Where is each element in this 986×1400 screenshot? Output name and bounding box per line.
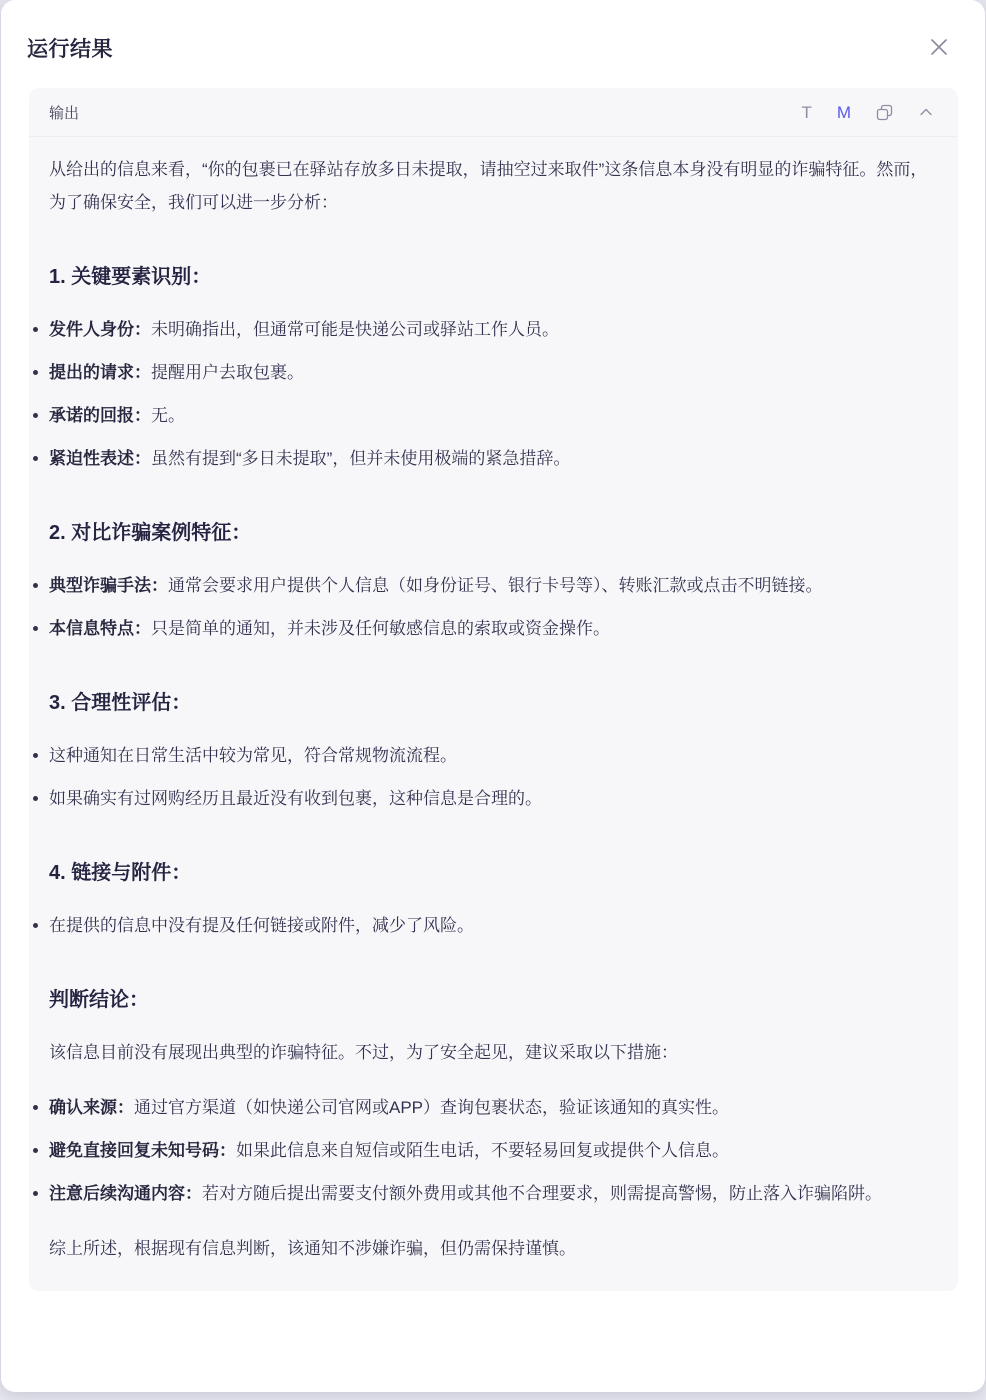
conclusion-heading: 判断结论： [49,986,938,1014]
collapse-icon[interactable] [918,104,934,120]
summary-paragraph: 综上所述，根据现有信息判断，该通知不涉嫌诈骗，但仍需保持谨慎。 [49,1232,938,1265]
list-item: 在提供的信息中没有提及任何链接或附件，减少了风险。 [49,909,938,942]
page-title: 运行结果 [27,33,957,63]
list-item: 如果确实有过网购经历且最近没有收到包裹，这种信息是合理的。 [49,782,938,815]
list-item: 注意后续沟通内容：若对方随后提出需要支付额外费用或其他不合理要求，则需提高警惕，… [49,1177,938,1210]
list-item: 发件人身份：未明确指出，但通常可能是快递公司或驿站工作人员。 [49,313,938,346]
list-item: 紧迫性表述：虽然有提到“多日未提取”，但并未使用极端的紧急措辞。 [49,442,938,475]
bullet-text: 无。 [151,406,185,425]
close-icon[interactable] [926,34,952,60]
list-item: 确认来源：通过官方渠道（如快递公司官网或APP）查询包裹状态，验证该通知的真实性… [49,1091,938,1124]
output-panel: 输出 T M 从给出的信息来看，“你的包裹已在驿站存放多日未提取， [29,88,958,1291]
bullet-label: 典型诈骗手法： [49,576,168,595]
list-item: 典型诈骗手法：通常会要求用户提供个人信息（如身份证号、银行卡号等）、转账汇款或点… [49,569,938,602]
dialog-header: 运行结果 [1,0,985,88]
bullet-label: 发件人身份： [49,320,151,339]
bullet-text: 若对方随后提出需要支付额外费用或其他不合理要求，则需提高警惕，防止落入诈骗陷阱。 [202,1184,882,1203]
bullet-label: 确认来源： [49,1098,134,1117]
intro-paragraph: 从给出的信息来看，“你的包裹已在驿站存放多日未提取，请抽空过来取件”这条信息本身… [49,153,938,219]
bullet-text: 这种通知在日常生活中较为常见，符合常规物流流程。 [49,746,457,765]
list-item: 避免直接回复未知号码：如果此信息来自短信或陌生电话，不要轻易回复或提供个人信息。 [49,1134,938,1167]
bullet-label: 承诺的回报： [49,406,151,425]
section-heading-3: 3. 合理性评估： [49,689,938,717]
copy-icon-glyph [876,104,893,121]
output-panel-actions: T M [801,104,934,121]
bullet-text: 未明确指出，但通常可能是快递公司或驿站工作人员。 [151,320,559,339]
bullet-label: 避免直接回复未知号码： [49,1141,236,1160]
scam-comparison-list: 典型诈骗手法：通常会要求用户提供个人信息（如身份证号、银行卡号等）、转账汇款或点… [49,569,938,645]
section-heading-2: 2. 对比诈骗案例特征： [49,519,938,547]
links-attachments-list: 在提供的信息中没有提及任何链接或附件，减少了风险。 [49,909,938,942]
output-content: 从给出的信息来看，“你的包裹已在驿站存放多日未提取，请抽空过来取件”这条信息本身… [29,137,958,1291]
conclusion-paragraph: 该信息目前没有展现出典型的诈骗特征。不过，为了安全起见，建议采取以下措施： [49,1036,938,1069]
bullet-text: 只是简单的通知，并未涉及任何敏感信息的索取或资金操作。 [151,619,610,638]
bullet-label: 本信息特点： [49,619,151,638]
bullet-label: 提出的请求： [49,363,151,382]
text-mode-button[interactable]: T [801,104,811,121]
list-item: 承诺的回报：无。 [49,399,938,432]
reasonableness-list: 这种通知在日常生活中较为常见，符合常规物流流程。 如果确实有过网购经历且最近没有… [49,739,938,815]
bullet-text: 通常会要求用户提供个人信息（如身份证号、银行卡号等）、转账汇款或点击不明链接。 [168,576,823,595]
bullet-text: 如果此信息来自短信或陌生电话，不要轻易回复或提供个人信息。 [236,1141,729,1160]
bullet-text: 通过官方渠道（如快递公司官网或APP）查询包裹状态，验证该通知的真实性。 [134,1098,729,1117]
run-result-dialog: 运行结果 输出 T M [1,0,985,1392]
copy-icon[interactable] [876,104,893,121]
list-item: 这种通知在日常生活中较为常见，符合常规物流流程。 [49,739,938,772]
bullet-text: 虽然有提到“多日未提取”，但并未使用极端的紧急措辞。 [151,449,570,468]
markdown-mode-button[interactable]: M [837,104,851,121]
bullet-text: 提醒用户去取包裹。 [151,363,304,382]
output-panel-title: 输出 [49,102,79,123]
bullet-label: 紧迫性表述： [49,449,151,468]
list-item: 提出的请求：提醒用户去取包裹。 [49,356,938,389]
recommendations-list: 确认来源：通过官方渠道（如快递公司官网或APP）查询包裹状态，验证该通知的真实性… [49,1091,938,1210]
bullet-text: 如果确实有过网购经历且最近没有收到包裹，这种信息是合理的。 [49,789,542,808]
bullet-label: 注意后续沟通内容： [49,1184,202,1203]
list-item: 本信息特点：只是简单的通知，并未涉及任何敏感信息的索取或资金操作。 [49,612,938,645]
chevron-up-icon [918,104,934,120]
output-panel-header: 输出 T M [29,88,958,137]
section-heading-1: 1. 关键要素识别： [49,263,938,291]
bullet-text: 在提供的信息中没有提及任何链接或附件，减少了风险。 [49,916,474,935]
section-heading-4: 4. 链接与附件： [49,859,938,887]
close-icon-glyph [927,35,951,59]
key-elements-list: 发件人身份：未明确指出，但通常可能是快递公司或驿站工作人员。 提出的请求：提醒用… [49,313,938,475]
